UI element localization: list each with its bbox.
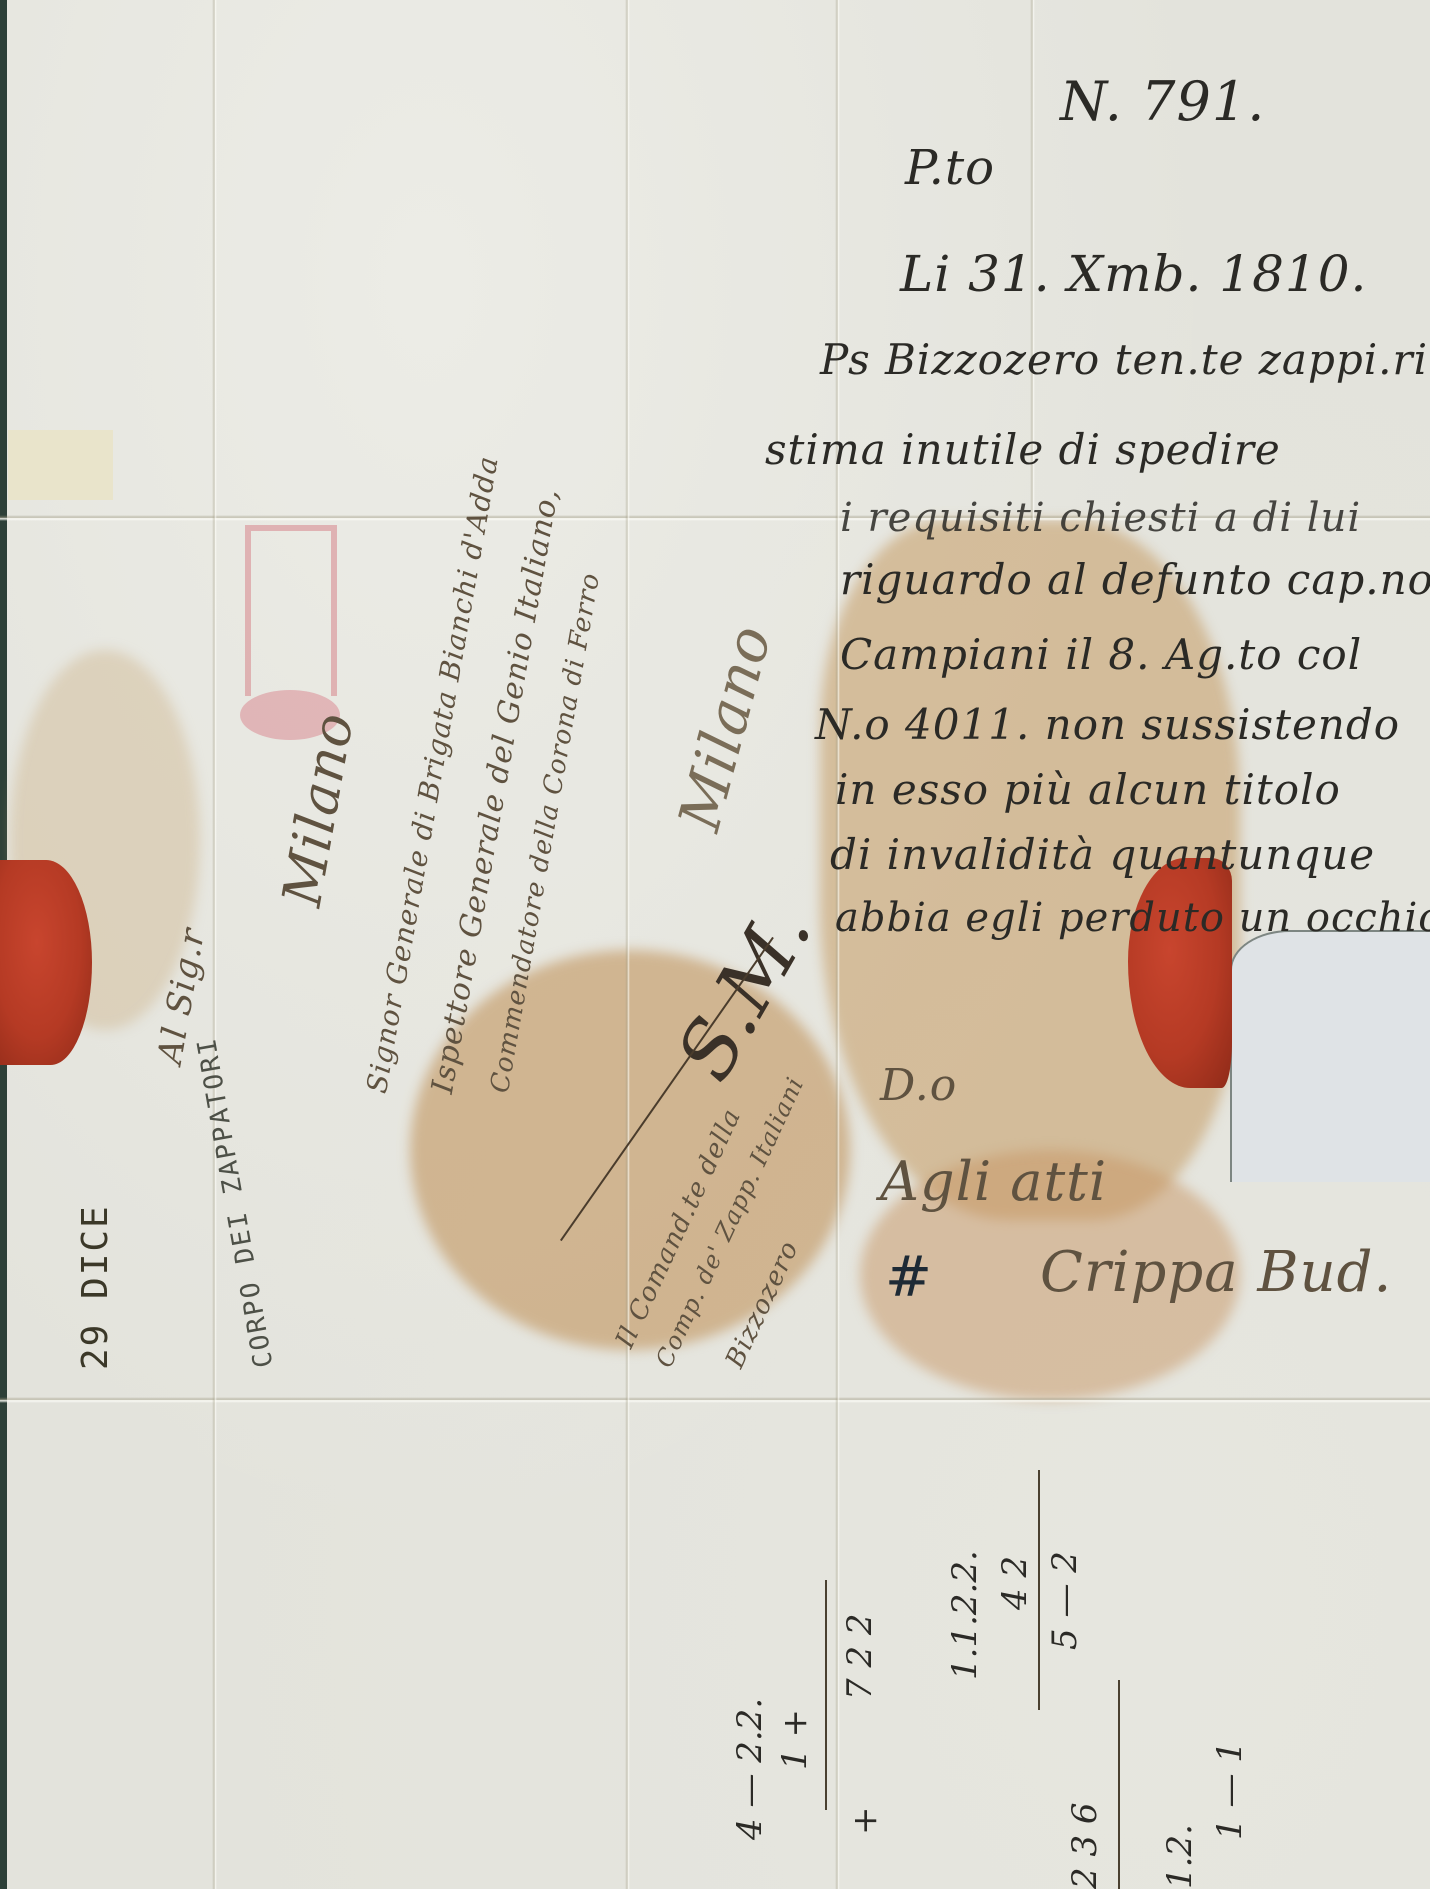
- red-postmark: [245, 525, 337, 696]
- sum-line: [1038, 1470, 1040, 1710]
- body-line: Ps Bizzozero ten.te zappi.ri: [820, 335, 1428, 384]
- reference-number: N. 791.: [1060, 70, 1265, 133]
- body-line: i requisiti chiesti a di lui: [840, 495, 1361, 541]
- accounting-note: 1 +: [775, 1709, 815, 1770]
- accounting-note: 4 — 2.2.: [730, 1698, 770, 1840]
- accounting-note: 2 3 6: [1065, 1802, 1105, 1889]
- letter-scan: N. 791. P.to Li 31. Xmb. 1810. Ps Bizzoz…: [0, 0, 1430, 1889]
- body-line: Campiani il 8. Ag.to col: [840, 630, 1362, 679]
- date-postmark: 29 DICE: [75, 1204, 116, 1370]
- accounting-note: 1.2.: [1160, 1824, 1200, 1889]
- torn-paper-area: [1230, 930, 1430, 1182]
- body-line: abbia egli perduto un occhio: [835, 895, 1430, 941]
- fold-line: [625, 0, 630, 1889]
- body-line: riguardo al defunto cap.no: [840, 555, 1430, 604]
- fold-line: [212, 0, 217, 1889]
- accounting-note: 4 2: [995, 1556, 1035, 1610]
- signature: Crippa Bud.: [1040, 1240, 1392, 1305]
- body-line: di invalidità quantunque: [830, 830, 1375, 879]
- closing-agli-atti: Agli atti: [880, 1150, 1107, 1213]
- salutation-mark: P.to: [905, 140, 995, 196]
- date-line: Li 31. Xmb. 1810.: [900, 245, 1367, 303]
- accounting-note: 1 — 1: [1210, 1741, 1250, 1840]
- accounting-note: 7 2 2: [840, 1613, 880, 1700]
- tape-fragment: [8, 430, 113, 500]
- body-line: in esso più alcun titolo: [835, 765, 1341, 814]
- accounting-note: 5 — 2: [1045, 1551, 1085, 1650]
- sum-line: [825, 1580, 827, 1810]
- sum-line: [1118, 1680, 1120, 1889]
- body-line: stima inutile di spedire: [765, 425, 1281, 474]
- accounting-note: +: [845, 1807, 885, 1836]
- fold-line: [835, 0, 840, 1889]
- closing-flourish: D.o: [880, 1060, 957, 1111]
- body-line: N.o 4011. non sussistendo: [815, 700, 1400, 749]
- accounting-note: 1.1.2.2.: [945, 1550, 985, 1680]
- wax-seal-left: [0, 860, 92, 1065]
- closing-hash-mark: #: [885, 1245, 933, 1310]
